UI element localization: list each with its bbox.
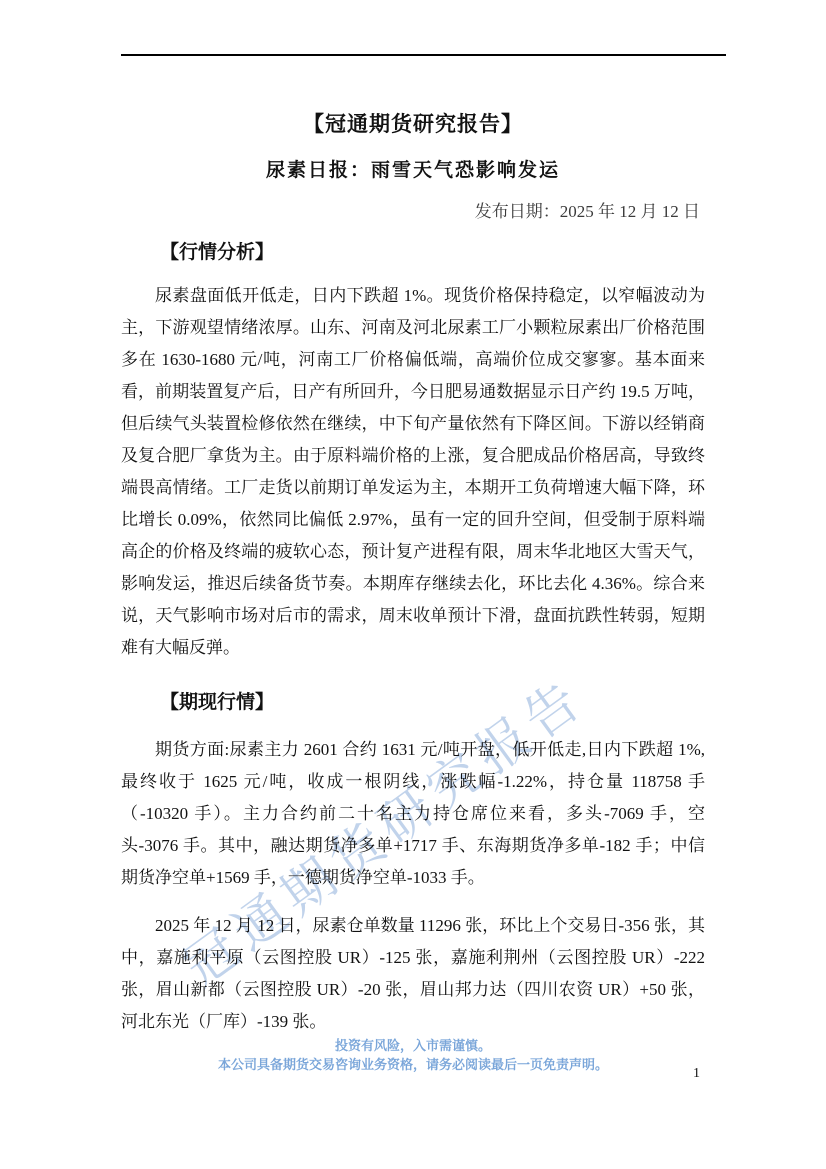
publish-date: 发布日期：2025 年 12 月 12 日 xyxy=(475,197,700,222)
warehouse-receipt-paragraph: 2025 年 12 月 12 日，尿素仓单数量 11296 张，环比上个交易日-… xyxy=(121,910,705,1038)
footer-disclaimer: 本公司具备期货交易咨询业务资格，请务必阅读最后一页免责声明。 xyxy=(0,1055,826,1074)
page-footer: 投资有风险，入市需谨慎。 本公司具备期货交易咨询业务资格，请务必阅读最后一页免责… xyxy=(0,1036,826,1074)
section-heading-futures-spot: 【期现行情】 xyxy=(160,687,274,714)
page-number: 1 xyxy=(693,1066,700,1082)
section-heading-market-analysis: 【行情分析】 xyxy=(160,237,274,264)
header-rule xyxy=(121,54,726,56)
footer-risk-warning: 投资有风险，入市需谨慎。 xyxy=(0,1036,826,1055)
report-subtitle: 尿素日报：雨雪天气恐影响发运 xyxy=(0,155,826,182)
report-page: 冠通期货研究报告 【冠通期货研究报告】 尿素日报：雨雪天气恐影响发运 发布日期：… xyxy=(0,0,826,1169)
market-analysis-paragraph: 尿素盘面低开低走，日内下跌超 1%。现货价格保持稳定，以窄幅波动为主，下游观望情… xyxy=(121,280,705,664)
report-title: 【冠通期货研究报告】 xyxy=(0,108,826,138)
futures-market-paragraph: 期货方面:尿素主力 2601 合约 1631 元/吨开盘，低开低走,日内下跌超 … xyxy=(121,734,705,894)
